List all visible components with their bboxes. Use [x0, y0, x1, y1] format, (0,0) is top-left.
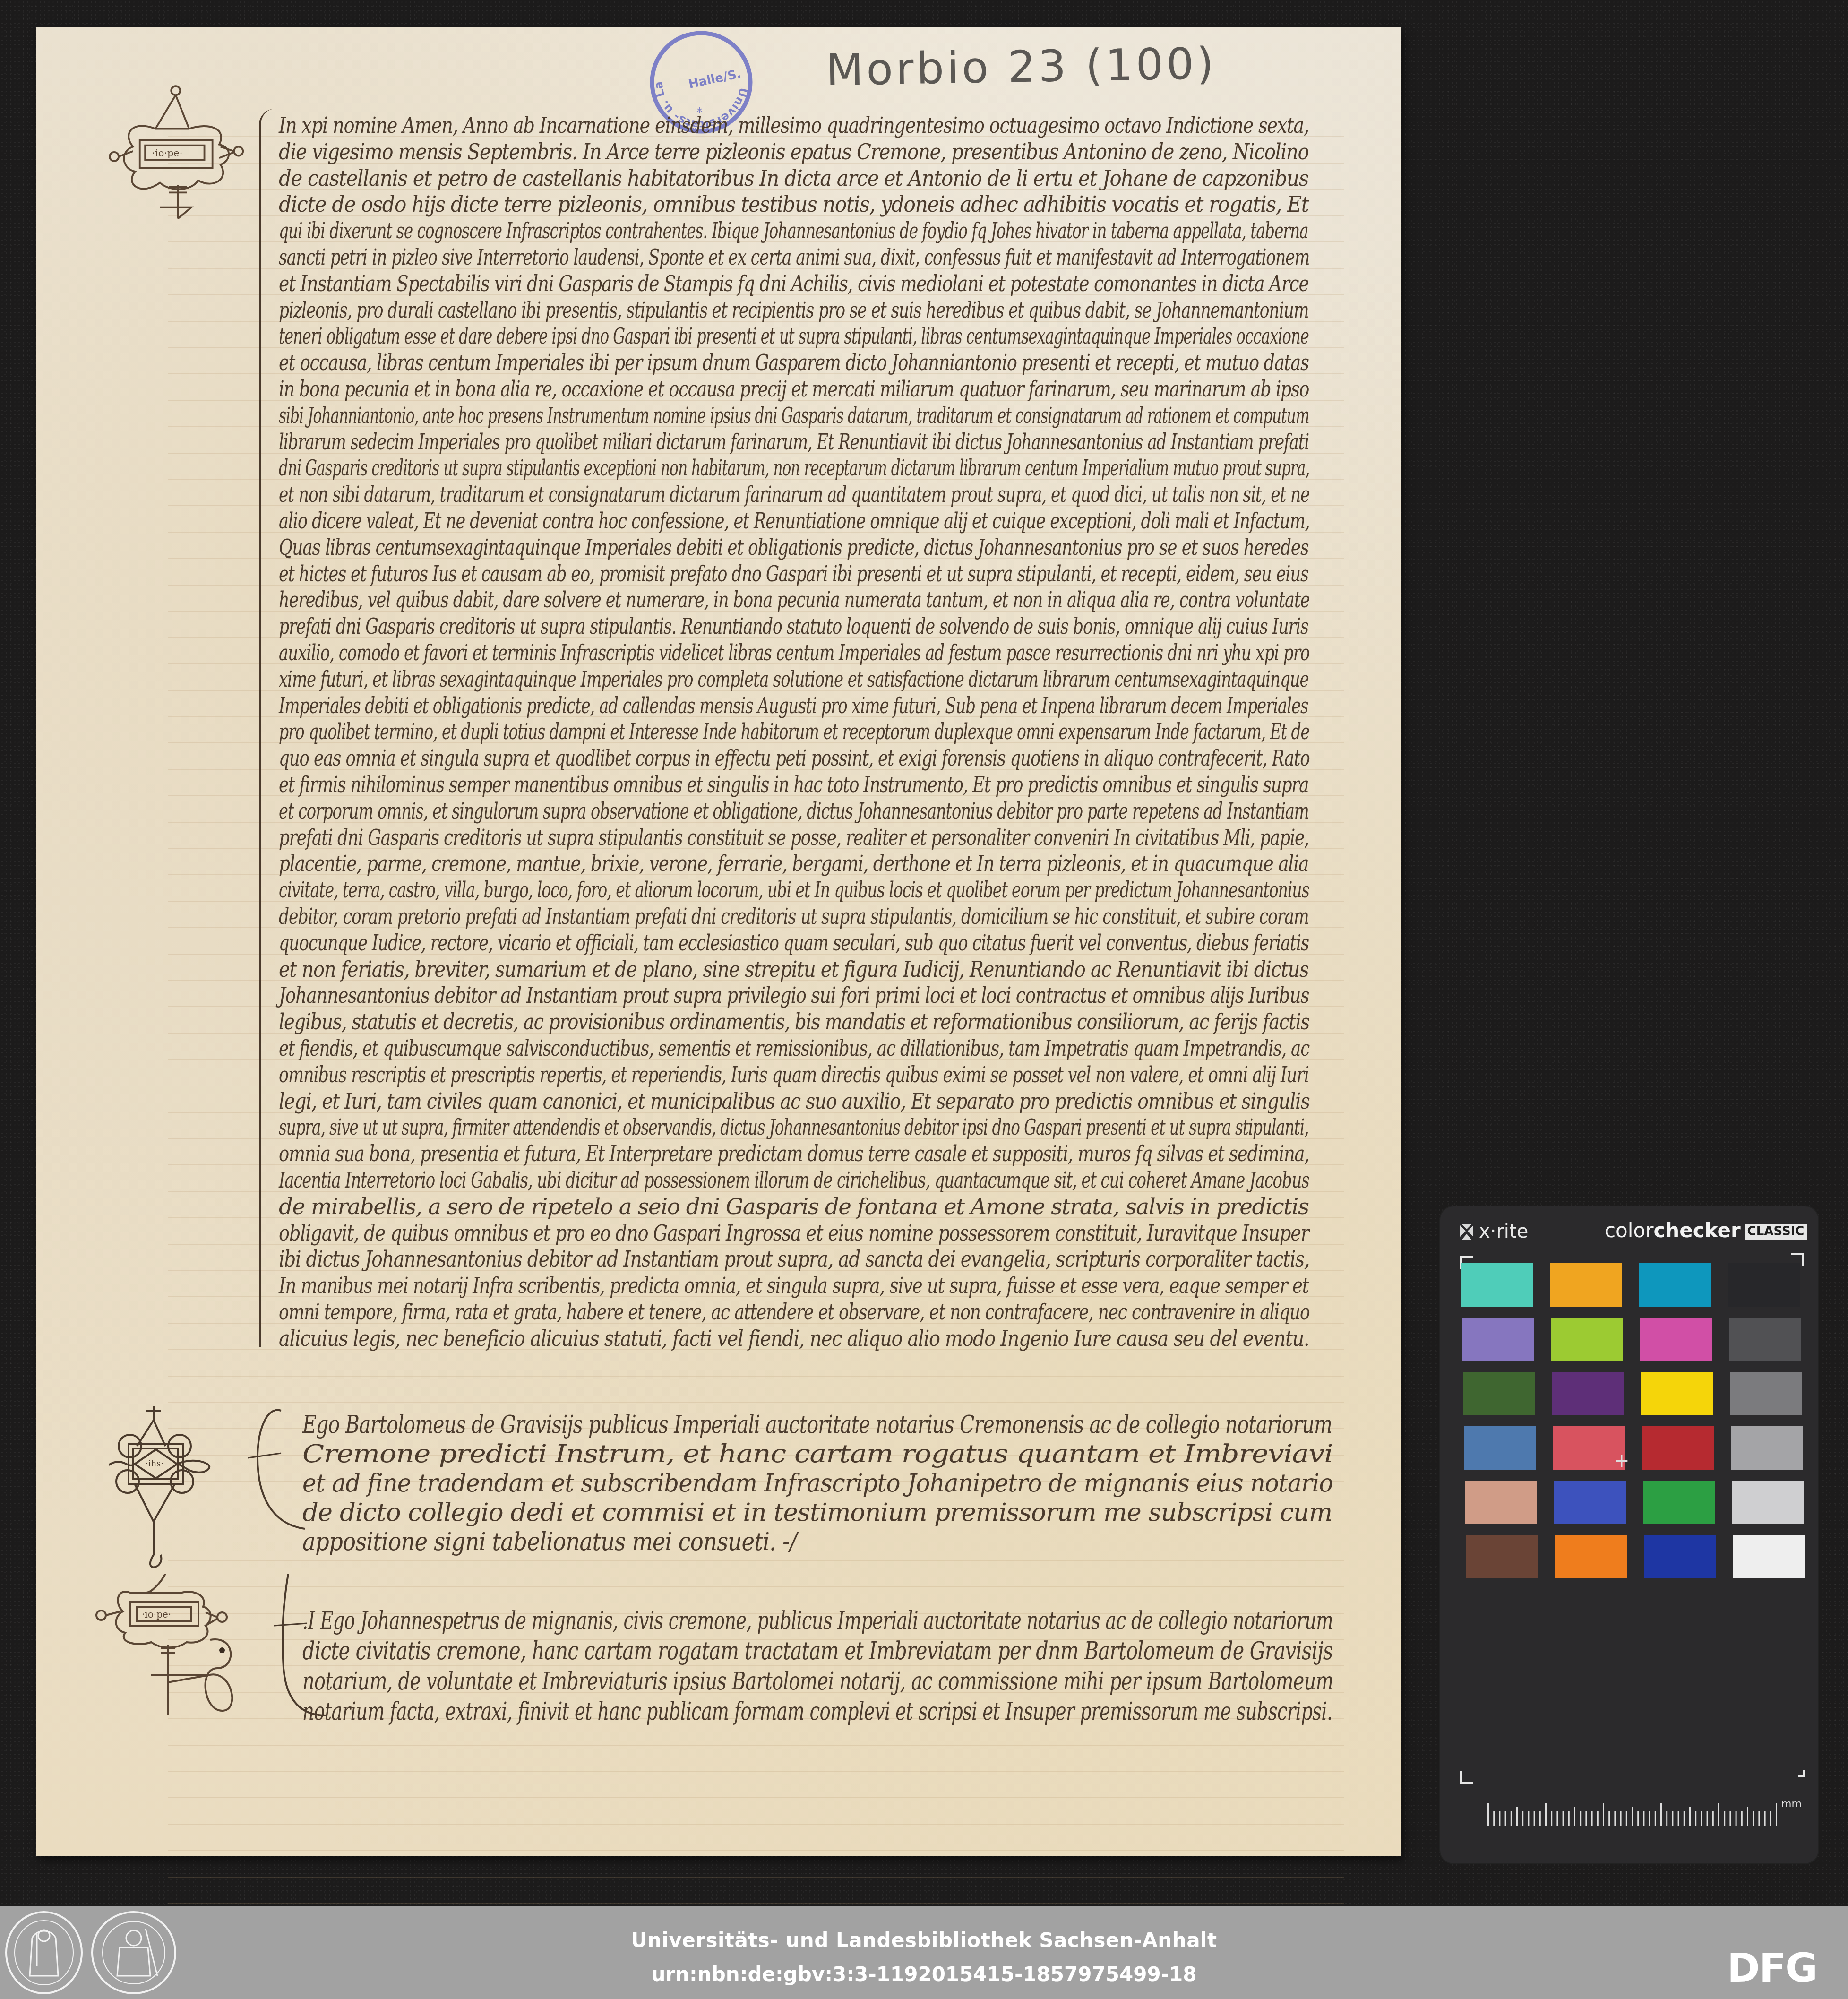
notary-sign-top-icon: ·io·pe· — [102, 71, 281, 232]
manuscript-line: dicte de osdo hijs dicte terre pizleonis… — [279, 191, 1309, 217]
color-patch — [1465, 1481, 1537, 1524]
color-patch — [1644, 1535, 1716, 1578]
color-checker-card: x·rite colorcheckerCLASSIC + mm — [1440, 1206, 1818, 1863]
notary-sign-bottom-label: ·io·pe· — [142, 1609, 171, 1620]
notary-sign-top-label: ·io·pe· — [152, 147, 182, 159]
manuscript-line: pizleonis, pro durali castellano ibi pre… — [279, 297, 1308, 323]
ruling-line — [168, 1824, 1344, 1825]
color-patch — [1462, 1318, 1534, 1361]
urn-identifier[interactable]: urn:nbn:de:gbv:3:3-1192015415-1857975499… — [0, 1963, 1848, 1986]
manuscript-line: die vigesimo mensis Septembris. In Arce … — [279, 139, 1308, 164]
ruling-line — [168, 1877, 1344, 1878]
initial-letter-stroke — [259, 109, 275, 1347]
ruling-line — [168, 1771, 1344, 1772]
center-crosshair-icon: + — [1614, 1450, 1630, 1472]
ruling-line — [168, 1402, 1344, 1403]
color-patch — [1464, 1426, 1536, 1470]
colorchecker-title: colorcheckerCLASSIC — [1605, 1219, 1807, 1242]
classic-badge: CLASSIC — [1745, 1224, 1807, 1240]
xrite-logo: x·rite — [1458, 1221, 1528, 1242]
color-patch — [1466, 1535, 1538, 1578]
color-patch — [1728, 1263, 1800, 1307]
color-patch — [1552, 1372, 1624, 1415]
manuscript-line: et occausa, libras centum Imperiales ibi… — [279, 350, 1309, 375]
subscription-line: de dicto collegio dedi et commisi et in … — [302, 1499, 1332, 1527]
ruling-line — [168, 1586, 1344, 1587]
corner-mark-br — [1798, 1770, 1805, 1777]
manuscript-line: librarum sedecim Imperiales pro quolibet… — [279, 429, 1309, 455]
ruling-line — [168, 1745, 1344, 1746]
ruling-line — [168, 1665, 1344, 1666]
manuscript-line: omnia sua bona, presentia et futura, Et … — [279, 1141, 1309, 1166]
color-patch — [1732, 1481, 1804, 1524]
manuscript-line: et non sibi datarum, traditarum et consi… — [279, 482, 1309, 507]
manuscript-line: prefati dni Gasparis creditoris ut supra… — [279, 825, 1309, 850]
manuscript-line: civitate, terra, castro, villa, burgo, l… — [279, 877, 1309, 903]
color-patch — [1642, 1426, 1714, 1470]
manuscript-line: prefati dni Gasparis creditoris ut supra… — [279, 613, 1308, 639]
manuscript-line: alio dicere valeat, Et ne deveniat contr… — [279, 508, 1310, 534]
subscription-line: appositione signi tabelionatus mei consu… — [302, 1528, 797, 1556]
manuscript-line: et non feriatis, breviter, sumarium et d… — [279, 956, 1308, 982]
manuscript-line: supra, sive ut ut supra, firmiter attend… — [279, 1114, 1308, 1140]
manuscript-line: Quas libras centumsexagintaquinque Imper… — [279, 534, 1308, 560]
dfg-logo: DFG — [1727, 1945, 1817, 1991]
color-patch — [1639, 1263, 1711, 1307]
subscription-line: et ad fine tradendam et subscribendam In… — [302, 1469, 1333, 1498]
stamp-center-text: Halle/S. — [687, 67, 742, 92]
svg-text:·ihs·: ·ihs· — [146, 1459, 163, 1469]
manuscript-line: omni tempore, firma, rata et grata, habe… — [279, 1299, 1309, 1325]
manuscript-line: et corporum omnis, et singulorum supra o… — [279, 798, 1309, 824]
ruling-line — [168, 1376, 1344, 1377]
manuscript-line: ibi dictus Johannesantonius debitor ad I… — [279, 1246, 1309, 1272]
color-patch — [1555, 1535, 1627, 1578]
title-light: color — [1605, 1219, 1653, 1242]
manuscript-line: legi, et Iuri, tam civiles quam canonici… — [279, 1088, 1309, 1114]
manuscript-line: et fiendis, et quibuscumque salvisconduc… — [279, 1035, 1309, 1061]
manuscript-line: In manibus mei notarij Infra scribentis,… — [279, 1273, 1308, 1298]
manuscript-line: obligavit, de quibus omnibus et pro eo d… — [279, 1220, 1309, 1246]
ruler-unit-label: mm — [1781, 1798, 1802, 1810]
ruling-line — [168, 1797, 1344, 1798]
manuscript-line: quocunque Iudice, rectore, vicario et of… — [279, 930, 1309, 956]
manuscript-line: teneri obligatum esse et dare debere ips… — [279, 323, 1309, 349]
manuscript-line: auxilio, comodo et favori et terminis In… — [279, 640, 1309, 665]
color-patch — [1463, 1372, 1535, 1415]
manuscript-line: in bona pecunia et in bona alia re, occa… — [279, 376, 1309, 402]
ruling-line — [168, 1850, 1344, 1851]
manuscript-line: et Instantiam Spectabilis viri dni Gaspa… — [279, 271, 1308, 296]
color-patch — [1641, 1372, 1713, 1415]
manuscript-line: quo eas omnia et singula supra et quodli… — [279, 745, 1310, 771]
institution-name: Universitäts- und Landesbibliothek Sachs… — [0, 1929, 1848, 1952]
subscription-line: Ego Bartolomeus de Gravisijs publicus Im… — [302, 1411, 1332, 1439]
mm-ruler — [1485, 1802, 1778, 1826]
color-patch — [1729, 1318, 1801, 1361]
manuscript-line: pro quolibet termino, et dupli totius da… — [279, 719, 1309, 744]
ruling-line — [168, 1903, 1344, 1904]
ruling-line — [168, 1560, 1344, 1561]
manuscript-line: legibus, statutis et decretis, ac provis… — [279, 1009, 1309, 1034]
subscription-line: Cremone predicti Instrum, et hanc cartam… — [302, 1440, 1332, 1468]
manuscript-line: Iacentia Interretorio loci Gabalis, ubi … — [279, 1167, 1309, 1193]
manuscript-line: In xpi nomine Amen, Anno ab Incarnatione… — [279, 112, 1309, 138]
manuscript-line: et firmis nihilominus semper manentibus … — [279, 772, 1308, 797]
manuscript-line: Johannesantonius debitor ad Instantiam p… — [279, 982, 1309, 1008]
color-patch — [1733, 1535, 1805, 1578]
manuscript-line: de mirabellis, a sero de ripetelo a seio… — [279, 1194, 1309, 1219]
color-patch — [1731, 1426, 1803, 1470]
color-patch — [1643, 1481, 1715, 1524]
color-patch — [1461, 1263, 1533, 1307]
manuscript-line: de castellanis et petro de castellanis h… — [279, 165, 1308, 191]
manuscript-line: omnibus rescriptis et prescriptis repert… — [279, 1062, 1309, 1087]
manuscript-line: heredibus, vel quibus dabit, dare solver… — [279, 587, 1310, 612]
subscription-line: dicte civitatis cremone, hanc cartam rog… — [302, 1637, 1333, 1665]
subscription-line: notarium, de voluntate et Imbreviaturis … — [302, 1667, 1333, 1696]
corner-mark-bl — [1460, 1771, 1473, 1784]
notary-sign-bottom-icon: ·io·pe· — [95, 1574, 250, 1715]
color-patch — [1554, 1481, 1626, 1524]
subscription-line: notarium facta, extraxi, finivit et hanc… — [302, 1697, 1332, 1726]
manuscript-line: Imperiales debiti et obligationis predic… — [279, 693, 1308, 718]
manuscript-line: et hictes et futuros Ius et causam ab eo… — [279, 561, 1308, 586]
shelfmark-annotation: Morbio 23 (100) — [825, 38, 1217, 95]
manuscript-line: sibi Johanniantonio, ante hoc presens In… — [279, 403, 1309, 428]
manuscript-line: alicuius legis, nec beneficio alicuius s… — [279, 1326, 1309, 1351]
color-patch — [1640, 1318, 1712, 1361]
subscription-line: .I Ego Johannespetrus de mignanis, civis… — [302, 1607, 1333, 1635]
library-footer: Universitäts- und Landesbibliothek Sachs… — [0, 1906, 1848, 1999]
color-patch — [1550, 1263, 1622, 1307]
manuscript-line: xime futuri, et libras sexagintaquinque … — [279, 666, 1309, 692]
xrite-brand-text: x·rite — [1479, 1221, 1528, 1242]
manuscript-line: qui ibi dixerunt se cognoscere Infrascri… — [279, 218, 1308, 243]
xrite-mark-icon — [1458, 1224, 1475, 1241]
manuscript-line: placentie, parme, cremone, mantue, brixi… — [279, 851, 1308, 876]
color-patch — [1730, 1372, 1802, 1415]
manuscript-line: debitor, coram pretorio prefati ad Insta… — [279, 904, 1309, 929]
title-bold: checker — [1653, 1219, 1740, 1242]
notary-sign-middle-icon: ·ihs· — [109, 1399, 232, 1578]
manuscript-line: sancti petri in pizleo sive Interretorio… — [279, 244, 1309, 270]
color-patch — [1551, 1318, 1623, 1361]
manuscript-line: dni Gasparis creditoris ut supra stipula… — [279, 455, 1309, 481]
